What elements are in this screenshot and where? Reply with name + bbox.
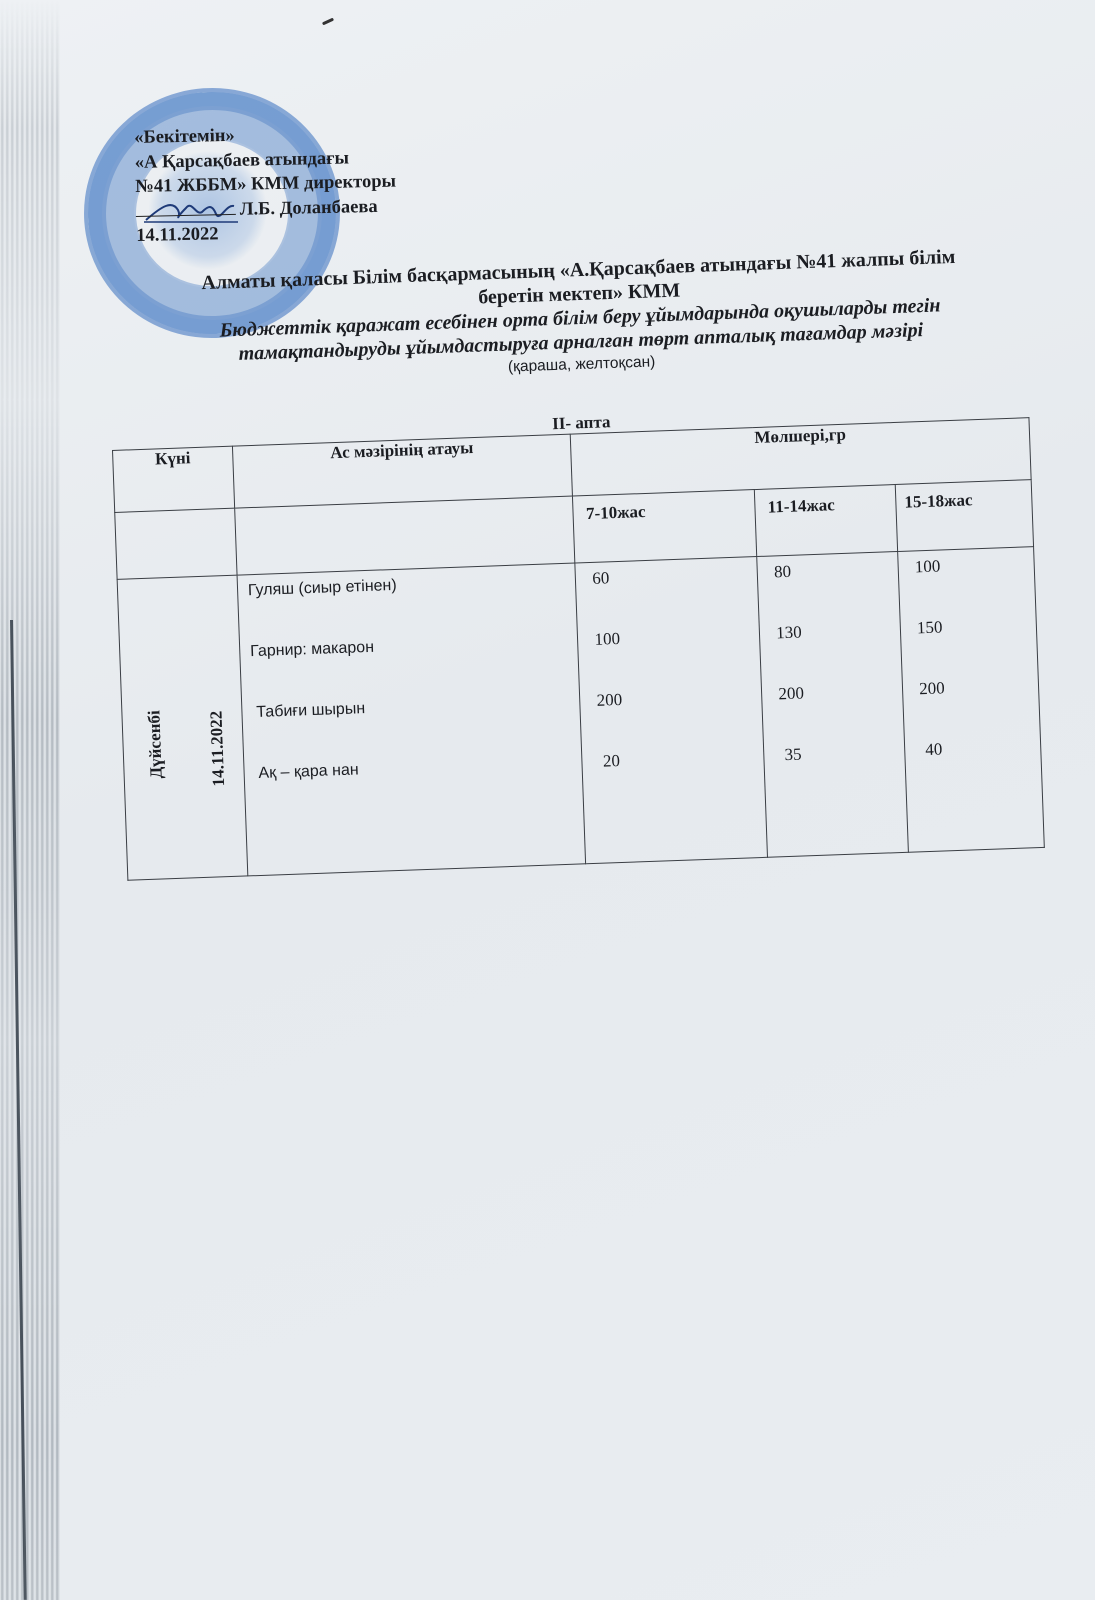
day-name: Дүйсенбі <box>144 710 166 779</box>
age-group-15-18: 15-18жас <box>895 480 1033 552</box>
amount-value: 100 <box>578 624 761 691</box>
approval-block: «Бекітемін» «А Қарсақбаев атындағы №41 Ж… <box>134 121 397 249</box>
amount-value: 100 <box>898 547 1035 619</box>
amount-value: 35 <box>764 741 906 807</box>
day-date: 14.11.2022 <box>206 711 229 787</box>
header-day: Күні <box>113 446 235 512</box>
amount-cell-11-14: 80 130 200 35 <box>757 551 909 857</box>
amount-value: 200 <box>580 685 763 752</box>
empty-cell <box>235 496 576 575</box>
dish-cell: Гуляш (сиыр етінен) Гарнир: макарон Таби… <box>237 563 586 876</box>
age-group-11-14: 11-14жас <box>755 485 898 557</box>
empty-cell <box>115 508 237 579</box>
pen-mark <box>322 18 334 26</box>
amount-cell-7-10: 60 100 200 20 <box>575 556 767 863</box>
dish-item: Ақ – қара нан <box>244 752 584 825</box>
age-group-7-10: 7-10жас <box>573 490 757 563</box>
week-label: II- апта <box>541 412 622 435</box>
amount-list: 60 100 200 20 <box>576 557 766 813</box>
approval-signatory: Л.Б. Доланбаева <box>240 196 378 219</box>
amount-list: 100 150 200 40 <box>898 547 1042 802</box>
approval-date: 14.11.2022 <box>136 219 397 249</box>
dish-list: Гуляш (сиыр етінен) Гарнир: макарон Таби… <box>237 564 583 826</box>
amount-cell-15-18: 100 150 200 40 <box>898 547 1045 853</box>
table-row: Дүйсенбі 14.11.2022 Гуляш (сиыр етінен) … <box>117 547 1044 881</box>
amount-value: 60 <box>576 557 759 630</box>
amount-value: 200 <box>903 675 1040 741</box>
amount-value: 150 <box>901 614 1038 680</box>
scanner-streak <box>0 0 60 1600</box>
dish-item: Гуляш (сиыр етінен) <box>237 564 577 643</box>
amount-value: 20 <box>583 746 766 813</box>
amount-value: 200 <box>762 680 904 746</box>
amount-value: 40 <box>905 736 1042 802</box>
day-cell: Дүйсенбі 14.11.2022 <box>117 575 248 880</box>
amount-value: 80 <box>757 552 899 624</box>
menu-table-container: II- апта Күні Ас мәзірінің атауы Мөлшері… <box>112 417 1045 881</box>
menu-table: Күні Ас мәзірінің атауы Мөлшері,гр 7-10ж… <box>112 417 1045 881</box>
amount-value: 130 <box>760 619 902 685</box>
amount-list: 80 130 200 35 <box>757 552 906 807</box>
